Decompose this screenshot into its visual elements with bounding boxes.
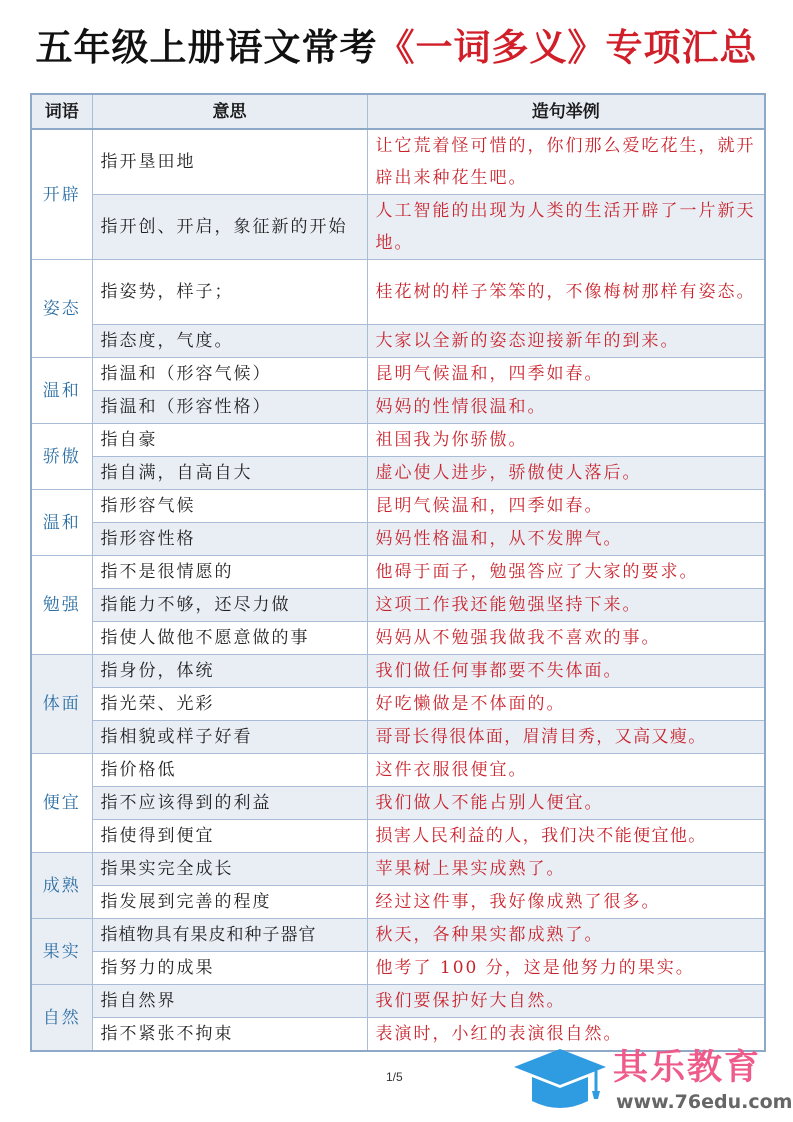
table-row: 果实 指植物具有果皮和种子器官 秋天，各种果实都成熟了。: [31, 919, 765, 952]
meaning-cell: 指价格低: [92, 754, 367, 787]
meaning-cell: 指温和（形容气候）: [92, 358, 367, 391]
example-cell: 桂花树的样子笨笨的，不像梅树那样有姿态。: [367, 260, 765, 325]
brand-logo: 其乐教育 www.76edu.com: [510, 1045, 793, 1115]
meaning-cell: 指自豪: [92, 424, 367, 457]
table-row: 指相貌或样子好看 哥哥长得很体面，眉清目秀，又高又瘦。: [31, 721, 765, 754]
word-cell: 果实: [31, 919, 92, 985]
meaning-cell: 指植物具有果皮和种子器官: [92, 919, 367, 952]
example-cell: 让它荒着怪可惜的，你们那么爱吃花生，就开辟出来种花生吧。: [367, 129, 765, 195]
meaning-cell: 指使人做他不愿意做的事: [92, 622, 367, 655]
word-cell: 勉强: [31, 556, 92, 655]
meaning-cell: 指相貌或样子好看: [92, 721, 367, 754]
example-cell: 昆明气候温和，四季如春。: [367, 358, 765, 391]
brand-url: www.76edu.com: [616, 1091, 792, 1113]
meaning-cell: 指能力不够，还尽力做: [92, 589, 367, 622]
meaning-cell: 指不应该得到的利益: [92, 787, 367, 820]
brand-name: 其乐教育: [613, 1047, 761, 1089]
example-cell: 昆明气候温和，四季如春。: [367, 490, 765, 523]
example-cell: 大家以全新的姿态迎接新年的到来。: [367, 325, 765, 358]
meaning-cell: 指温和（形容性格）: [92, 391, 367, 424]
example-cell: 哥哥长得很体面，眉清目秀，又高又瘦。: [367, 721, 765, 754]
table-row: 指自满，自高自大 虚心使人进步，骄傲使人落后。: [31, 457, 765, 490]
meaning-cell: 指身份，体统: [92, 655, 367, 688]
example-cell: 这件衣服很便宜。: [367, 754, 765, 787]
word-cell: 骄傲: [31, 424, 92, 490]
meaning-cell: 指形容气候: [92, 490, 367, 523]
table-row: 指态度，气度。 大家以全新的姿态迎接新年的到来。: [31, 325, 765, 358]
table-row: 自然 指自然界 我们要保护好大自然。: [31, 985, 765, 1018]
table-row: 体面 指身份，体统 我们做任何事都要不失体面。: [31, 655, 765, 688]
table-row: 指形容性格 妈妈性格温和，从不发脾气。: [31, 523, 765, 556]
meaning-cell: 指不紧张不拘束: [92, 1018, 367, 1052]
meaning-cell: 指形容性格: [92, 523, 367, 556]
word-cell: 体面: [31, 655, 92, 754]
example-cell: 虚心使人进步，骄傲使人落后。: [367, 457, 765, 490]
example-cell: 苹果树上果实成熟了。: [367, 853, 765, 886]
example-cell: 他考了 100 分，这是他努力的果实。: [367, 952, 765, 985]
table-row: 指发展到完善的程度 经过这件事，我好像成熟了很多。: [31, 886, 765, 919]
table-row: 姿态 指姿势，样子； 桂花树的样子笨笨的，不像梅树那样有姿态。: [31, 260, 765, 325]
meaning-cell: 指努力的成果: [92, 952, 367, 985]
word-cell: 便宜: [31, 754, 92, 853]
example-cell: 我们做人不能占别人便宜。: [367, 787, 765, 820]
example-cell: 人工智能的出现为人类的生活开辟了一片新天地。: [367, 195, 765, 260]
example-cell: 我们要保护好大自然。: [367, 985, 765, 1018]
title-highlight: 《一词多义》: [378, 25, 606, 69]
meaning-cell: 指自满，自高自大: [92, 457, 367, 490]
meaning-cell: 指开创、开启，象征新的开始: [92, 195, 367, 260]
table-row: 指使得到便宜 损害人民利益的人，我们决不能便宜他。: [31, 820, 765, 853]
meaning-cell: 指使得到便宜: [92, 820, 367, 853]
example-cell: 妈妈从不勉强我做我不喜欢的事。: [367, 622, 765, 655]
word-cell: 自然: [31, 985, 92, 1052]
title-prefix: 五年级上册语文常考: [36, 25, 378, 69]
page-number: 1/5: [386, 1070, 403, 1084]
meaning-cell: 指开垦田地: [92, 129, 367, 195]
header-example: 造句举例: [367, 94, 765, 129]
example-cell: 我们做任何事都要不失体面。: [367, 655, 765, 688]
page-title: 五年级上册语文常考《一词多义》专项汇总: [0, 22, 793, 72]
table-row: 指开创、开启，象征新的开始 人工智能的出现为人类的生活开辟了一片新天地。: [31, 195, 765, 260]
meaning-cell: 指不是很情愿的: [92, 556, 367, 589]
meaning-cell: 指发展到完善的程度: [92, 886, 367, 919]
example-cell: 秋天，各种果实都成熟了。: [367, 919, 765, 952]
example-cell: 他碍于面子，勉强答应了大家的要求。: [367, 556, 765, 589]
example-cell: 这项工作我还能勉强坚持下来。: [367, 589, 765, 622]
example-cell: 祖国我为你骄傲。: [367, 424, 765, 457]
example-cell: 损害人民利益的人，我们决不能便宜他。: [367, 820, 765, 853]
meaning-cell: 指姿势，样子；: [92, 260, 367, 325]
table-row: 勉强 指不是很情愿的 他碍于面子，勉强答应了大家的要求。: [31, 556, 765, 589]
polysemy-table: 词语 意思 造句举例 开辟 指开垦田地 让它荒着怪可惜的，你们那么爱吃花生，就开…: [30, 93, 766, 1052]
example-cell: 妈妈的性情很温和。: [367, 391, 765, 424]
table-row: 便宜 指价格低 这件衣服很便宜。: [31, 754, 765, 787]
word-cell: 姿态: [31, 260, 92, 358]
table-row: 温和 指形容气候 昆明气候温和，四季如春。: [31, 490, 765, 523]
example-cell: 经过这件事，我好像成熟了很多。: [367, 886, 765, 919]
header-word: 词语: [31, 94, 92, 129]
word-cell: 开辟: [31, 129, 92, 260]
table-row: 指温和（形容性格） 妈妈的性情很温和。: [31, 391, 765, 424]
table-row: 温和 指温和（形容气候） 昆明气候温和，四季如春。: [31, 358, 765, 391]
table-row: 指光荣、光彩 好吃懒做是不体面的。: [31, 688, 765, 721]
table-row: 开辟 指开垦田地 让它荒着怪可惜的，你们那么爱吃花生，就开辟出来种花生吧。: [31, 129, 765, 195]
example-cell: 妈妈性格温和，从不发脾气。: [367, 523, 765, 556]
header-meaning: 意思: [92, 94, 367, 129]
word-cell: 温和: [31, 490, 92, 556]
graduation-cap-icon: [510, 1045, 610, 1115]
word-cell: 成熟: [31, 853, 92, 919]
table-row: 指能力不够，还尽力做 这项工作我还能勉强坚持下来。: [31, 589, 765, 622]
meaning-cell: 指光荣、光彩: [92, 688, 367, 721]
meaning-cell: 指自然界: [92, 985, 367, 1018]
title-suffix: 专项汇总: [606, 25, 758, 69]
table-header-row: 词语 意思 造句举例: [31, 94, 765, 129]
example-cell: 好吃懒做是不体面的。: [367, 688, 765, 721]
meaning-cell: 指态度，气度。: [92, 325, 367, 358]
table-row: 成熟 指果实完全成长 苹果树上果实成熟了。: [31, 853, 765, 886]
meaning-cell: 指果实完全成长: [92, 853, 367, 886]
word-cell: 温和: [31, 358, 92, 424]
table-row: 骄傲 指自豪 祖国我为你骄傲。: [31, 424, 765, 457]
table-row: 指使人做他不愿意做的事 妈妈从不勉强我做我不喜欢的事。: [31, 622, 765, 655]
table-row: 指不应该得到的利益 我们做人不能占别人便宜。: [31, 787, 765, 820]
table-row: 指努力的成果 他考了 100 分，这是他努力的果实。: [31, 952, 765, 985]
